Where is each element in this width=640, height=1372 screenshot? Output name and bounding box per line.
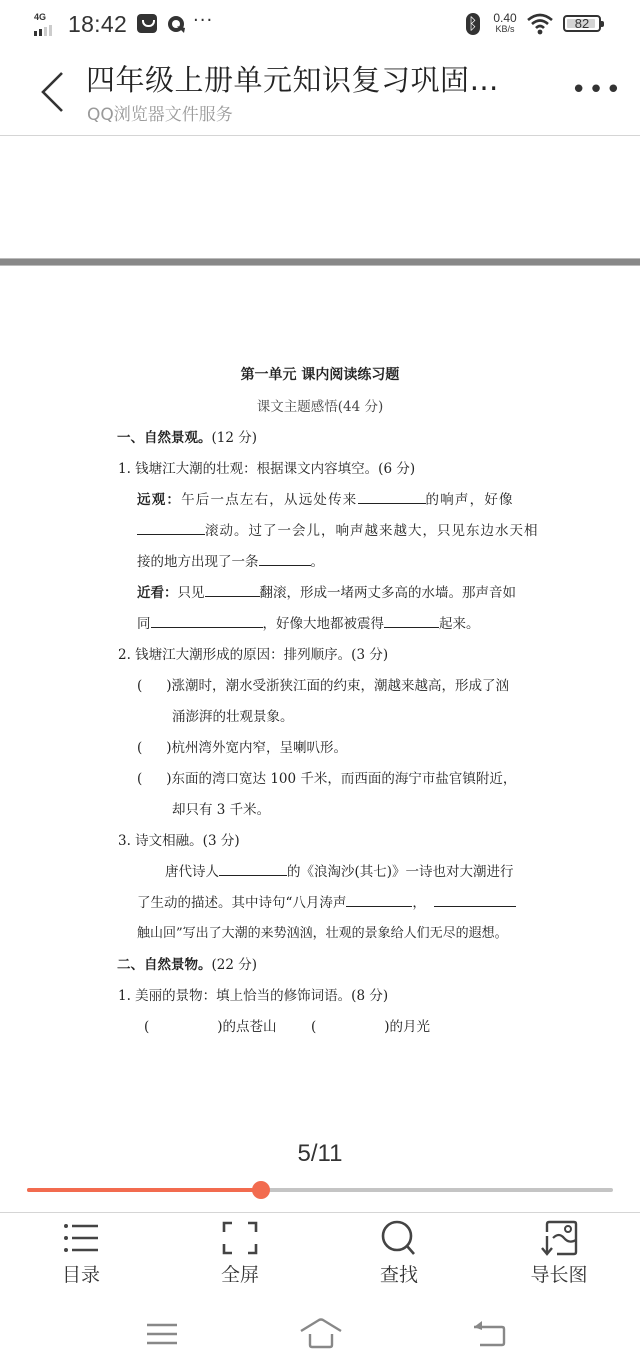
section2-question-1-label: 1. 美丽的景物：填上恰当的修饰词语。(8 分): [118, 984, 388, 1004]
fill-blank[interactable]: [205, 584, 260, 597]
fill-blank[interactable]: [151, 615, 263, 628]
near-view-line-1: 近看：只见翻滚，形成一堵两丈多高的水墙。那声音如: [137, 581, 516, 601]
wifi-icon: [527, 13, 553, 35]
network-speed: 0.40 KB/s: [488, 12, 522, 35]
section-heading-2: 二、自然景物。(22 分): [117, 953, 257, 973]
fill-blank[interactable]: [259, 553, 311, 566]
toolbar-fullscreen-button[interactable]: 全屏: [185, 1220, 295, 1292]
fill-blank[interactable]: [434, 894, 516, 907]
fill-blank[interactable]: [137, 522, 205, 535]
header-divider: [0, 135, 640, 136]
page-subtitle: QQ浏览器文件服务: [87, 100, 233, 125]
toolbar-search-button[interactable]: 查找: [344, 1220, 454, 1292]
section-heading-1: 一、自然景观。(12 分): [117, 426, 257, 446]
fill-blank[interactable]: [384, 615, 439, 628]
far-view-line-3: 接的地方出现了一条。: [137, 550, 324, 570]
battery-icon: 82: [563, 15, 601, 32]
battery-level: 82: [565, 16, 599, 31]
cellular-signal-icon: 4G: [34, 12, 66, 36]
more-options-button[interactable]: •••: [571, 80, 623, 100]
order-item-1: ()涨潮时，潮水受浙狭江面的约束，潮越来越高，形成了汹: [137, 674, 509, 694]
back-button[interactable]: [38, 70, 68, 114]
question-1-label: 1. 钱塘江大潮的壮观：根据课文内容填空。(6 分): [118, 457, 415, 477]
modifier-item-2: ()的月光: [311, 1015, 430, 1035]
qq-browser-notification-icon: [166, 14, 186, 34]
list-icon: [61, 1220, 101, 1256]
poem-line-3: 触山回”写出了大潮的来势汹汹，壮观的景象给人们无尽的遐想。: [137, 922, 508, 941]
toolbar-table-of-contents-button[interactable]: 目录: [26, 1220, 136, 1292]
return-icon: [470, 1318, 510, 1350]
page-slider-progress: [27, 1188, 261, 1192]
export-long-image-icon: [539, 1220, 579, 1256]
bluetooth-icon: [466, 13, 480, 35]
network-type: 4G: [34, 12, 46, 22]
page-title: 四年级上册单元知识复习巩固…: [86, 58, 499, 99]
question-3-label: 3. 诗文相融。(3 分): [118, 829, 240, 849]
page-separator: [0, 258, 640, 266]
far-view-line-1: 远观：午后一点左右，从远处传来的响声，好像: [137, 488, 514, 508]
page-slider-thumb[interactable]: [252, 1181, 270, 1199]
more-notifications-icon: ···: [193, 10, 213, 31]
chevron-left-icon: [38, 70, 68, 114]
search-icon: [379, 1220, 419, 1256]
fill-blank[interactable]: [358, 491, 426, 504]
poem-line-2: 了生动的描述。其中诗句“八月涛声，: [137, 891, 516, 911]
document-subtitle: 课文主题感悟(44 分): [0, 395, 640, 415]
toolbar-divider: [0, 1212, 640, 1213]
order-item-1-cont: 涌澎湃的壮观景象。: [172, 705, 294, 725]
question-2-label: 2. 钱塘江大潮形成的原因：排列顺序。(3 分): [118, 643, 388, 663]
toolbar-export-long-image-button[interactable]: 导长图: [504, 1220, 614, 1292]
fullscreen-icon: [220, 1220, 260, 1256]
home-icon: [298, 1318, 344, 1350]
notification-app-icon: [137, 14, 157, 33]
status-time: 18:42: [68, 11, 127, 38]
page-indicator: 5/11: [0, 1140, 640, 1168]
fill-blank[interactable]: [346, 894, 412, 907]
menu-icon: [142, 1318, 182, 1350]
system-back-button[interactable]: [470, 1318, 510, 1350]
poem-line-1: 唐代诗人的《浪淘沙(其七)》一诗也对大潮进行: [165, 860, 514, 880]
system-menu-button[interactable]: [142, 1318, 182, 1350]
document-title: 第一单元 课内阅读练习题: [0, 364, 640, 384]
status-bar: 4G 18:42 ··· 0.40 KB/s 82: [0, 0, 640, 50]
modifier-item-1: ()的点苍山: [144, 1015, 277, 1035]
order-item-3: ()东面的湾口宽达 100 千米，而西面的海宁市盐官镇附近，: [137, 767, 516, 787]
far-view-line-2: 滚动。过了一会儿，响声越来越大，只见东边水天相: [137, 519, 539, 539]
near-view-line-2: 同，好像大地都被震得起来。: [137, 612, 480, 632]
order-item-2: ()杭州湾外宽内窄，呈喇叭形。: [137, 736, 347, 756]
order-item-3-cont: 却只有 3 千米。: [172, 798, 270, 818]
fill-blank[interactable]: [219, 863, 287, 876]
system-home-button[interactable]: [298, 1318, 344, 1350]
